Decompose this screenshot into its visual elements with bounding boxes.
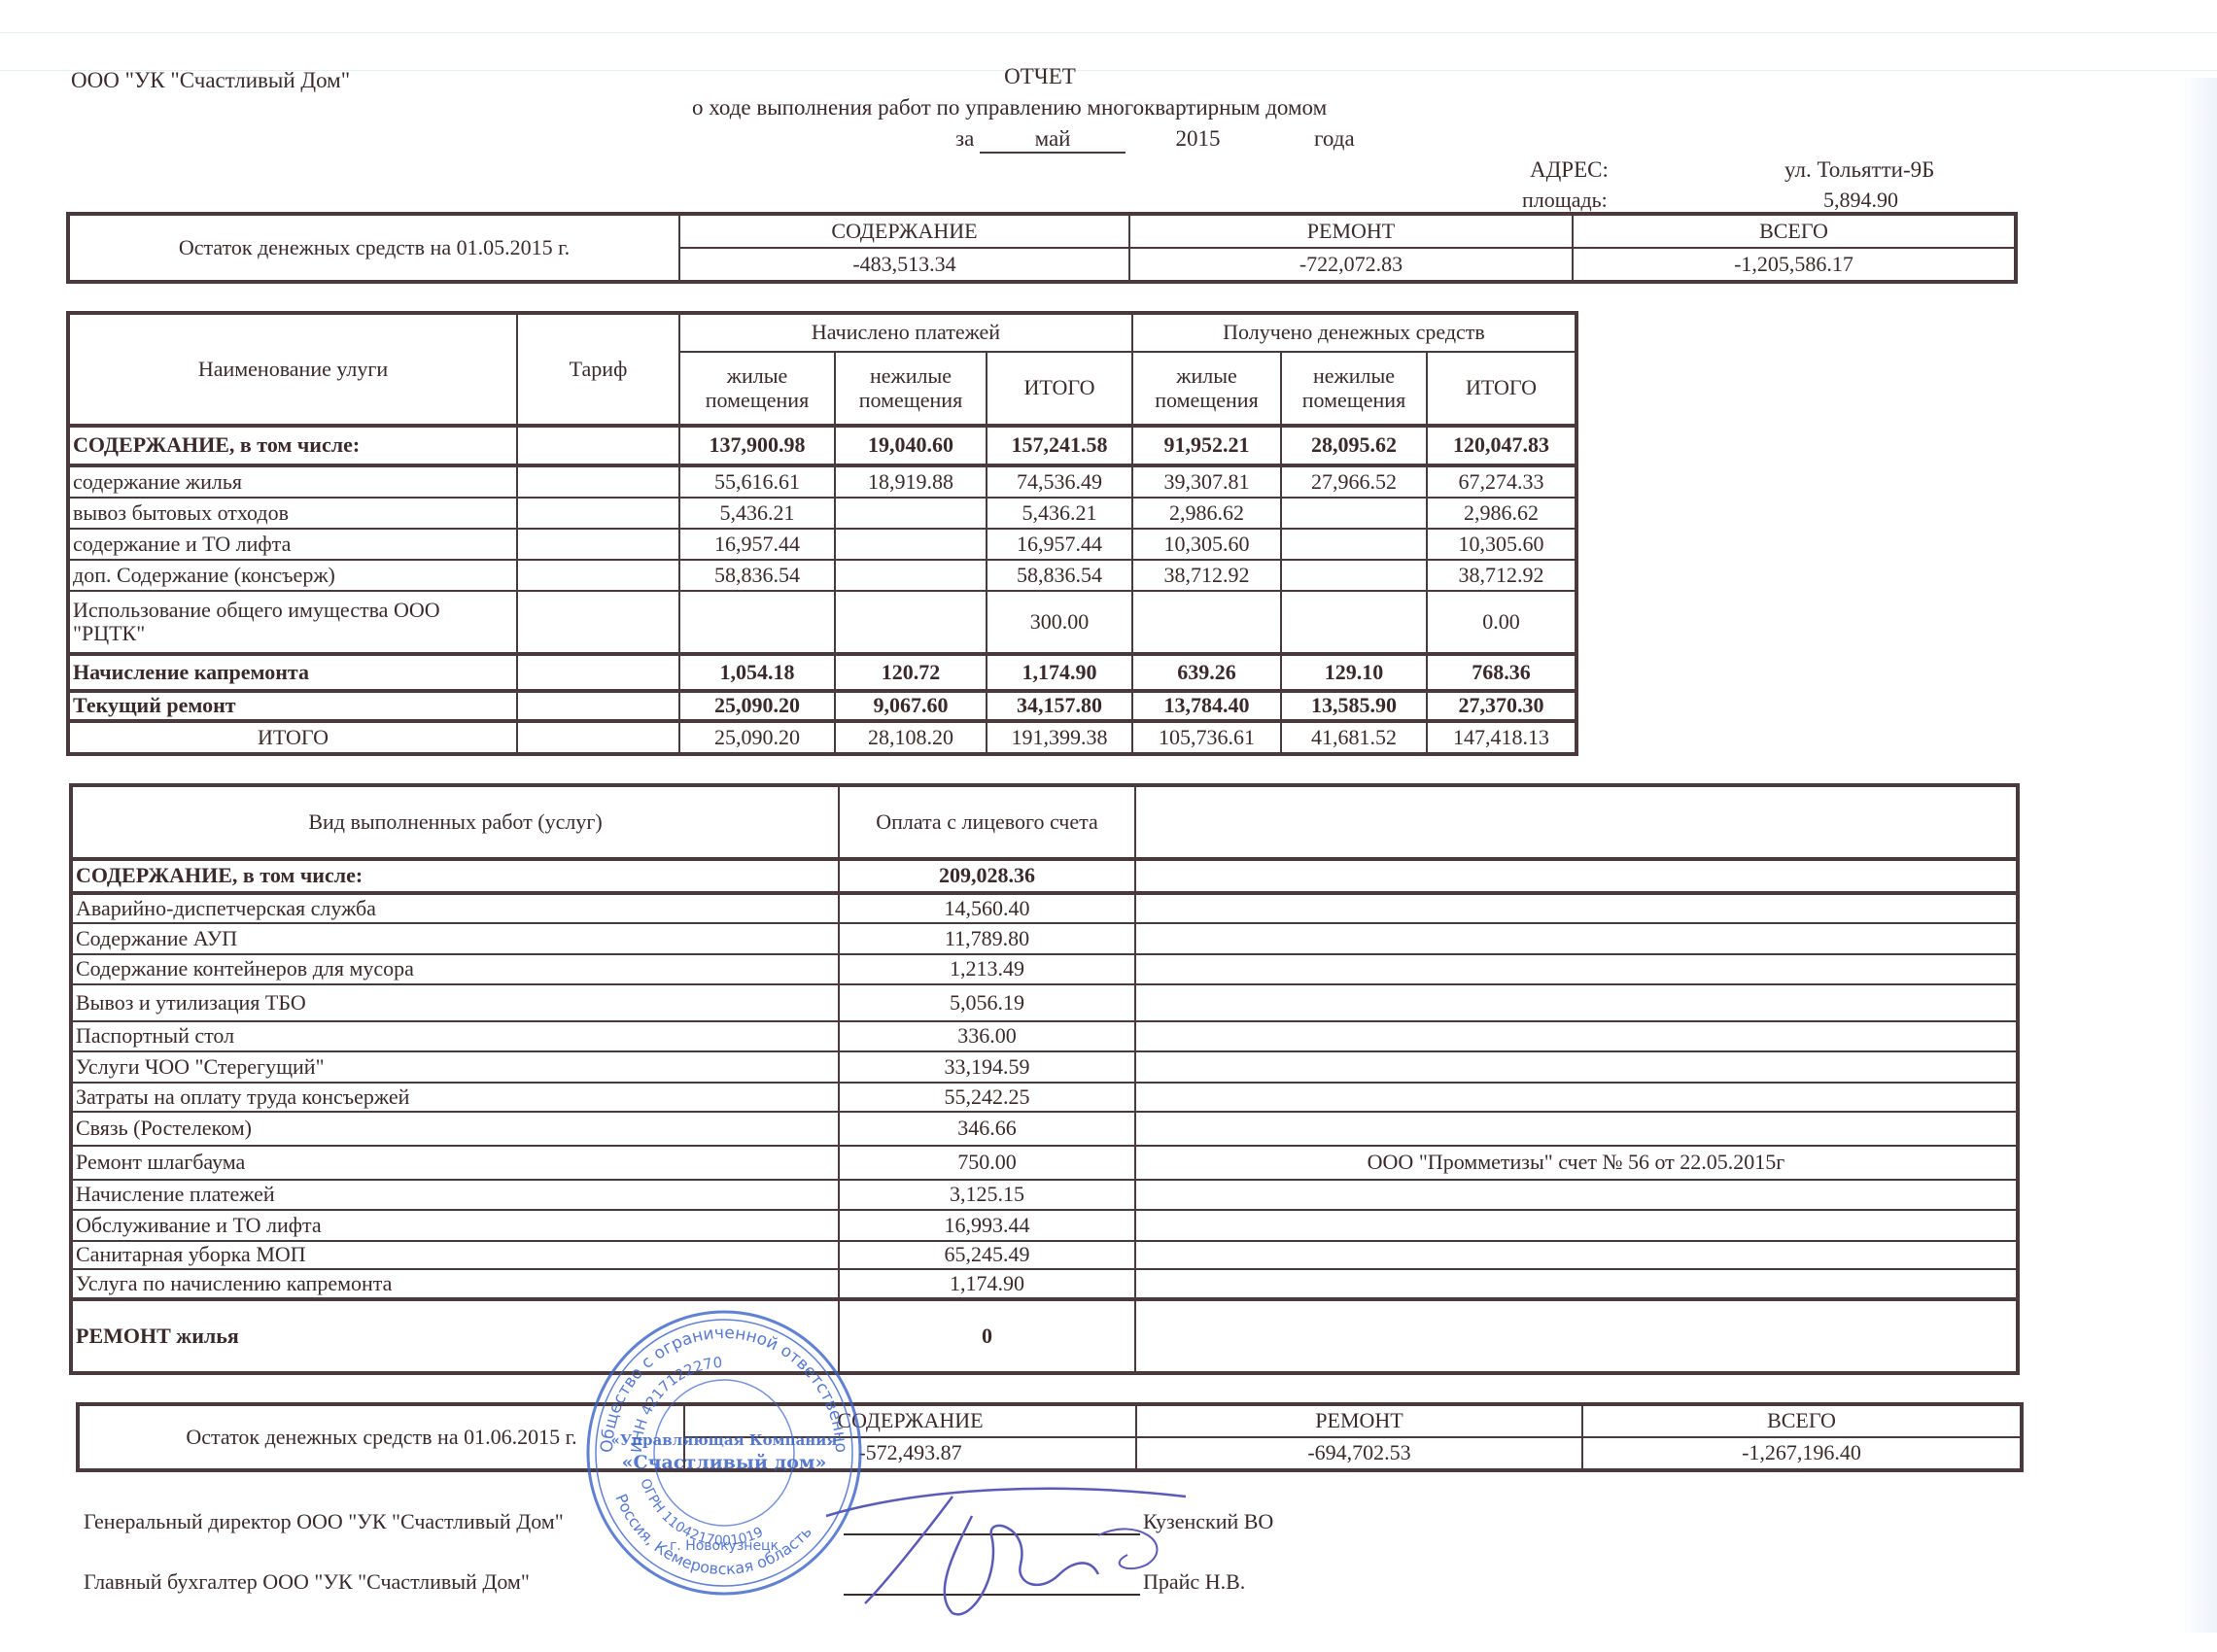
col-charged-total: ИТОГО — [987, 352, 1132, 426]
service-name: Использование общего имущества ООО "РЦТК… — [69, 591, 517, 654]
report-title: ОТЧЕТ — [933, 64, 1147, 89]
received-residential: 105,736.61 — [1132, 721, 1281, 753]
tariff — [517, 560, 679, 591]
charged-nonresidential — [835, 529, 987, 560]
payment-amount: 14,560.40 — [839, 893, 1135, 923]
work-note — [1135, 1112, 2017, 1146]
report-subtitle: о ходе выполнения работ по управлению мн… — [692, 95, 1327, 120]
payment-amount: 55,242.25 — [839, 1083, 1135, 1112]
opening-balance-table: Остаток денежных средств на 01.05.2015 г… — [68, 214, 2016, 282]
group-charged: Начислено платежей — [679, 314, 1132, 352]
received-nonresidential — [1281, 591, 1427, 654]
received-residential: 13,784.40 — [1132, 691, 1281, 721]
table-row: Использование общего имущества ООО "РЦТК… — [69, 591, 1576, 654]
closing-total-value: -1,267,196.40 — [1582, 1437, 2021, 1469]
service-name: содержание и ТО лифта — [69, 529, 517, 560]
charged-residential: 55,616.61 — [679, 465, 835, 498]
work-name: Паспортный стол — [72, 1021, 839, 1051]
charged-total: 300.00 — [987, 591, 1132, 654]
received-total: 38,712.92 — [1427, 560, 1576, 591]
svg-text:Россия, Кемеровская область: Россия, Кемеровская область — [611, 1491, 815, 1578]
charged-total: 1,174.90 — [987, 654, 1132, 691]
payment-amount: 750.00 — [839, 1146, 1135, 1180]
received-total: 67,274.33 — [1427, 465, 1576, 498]
service-name: вывоз бытовых отходов — [69, 498, 517, 529]
table-row: ИТОГО25,090.2028,108.20191,399.38105,736… — [69, 721, 1576, 753]
charged-residential: 58,836.54 — [679, 560, 835, 591]
period-month: май — [980, 126, 1126, 154]
tariff — [517, 721, 679, 753]
service-name: доп. Содержание (консъерж) — [69, 560, 517, 591]
payment-amount: 65,245.49 — [839, 1241, 1135, 1269]
tariff — [517, 426, 679, 465]
col-maintenance: СОДЕРЖАНИЕ — [679, 215, 1129, 248]
payment-amount: 33,194.59 — [839, 1051, 1135, 1083]
col-work-type: Вид выполненных работ (услуг) — [72, 786, 839, 859]
payment-amount: 1,213.49 — [839, 954, 1135, 984]
received-residential: 2,986.62 — [1132, 498, 1281, 529]
work-note — [1135, 859, 2017, 893]
received-nonresidential: 13,585.90 — [1281, 691, 1427, 721]
closing-repair-value: -694,702.53 — [1136, 1437, 1582, 1469]
charged-total: 16,957.44 — [987, 529, 1132, 560]
tariff — [517, 498, 679, 529]
col-charged-residential: жилые помещения — [679, 352, 835, 426]
work-name: Вывоз и утилизация ТБО — [72, 984, 839, 1021]
table-row: Паспортный стол336.00 — [72, 1021, 2017, 1051]
work-note — [1135, 1051, 2017, 1083]
table-row: Вывоз и утилизация ТБО5,056.19 — [72, 984, 2017, 1021]
received-total: 0.00 — [1427, 591, 1576, 654]
charged-residential: 137,900.98 — [679, 426, 835, 465]
received-total: 147,418.13 — [1427, 721, 1576, 753]
opening-maintenance-value: -483,513.34 — [679, 248, 1129, 281]
col-note — [1135, 786, 2017, 859]
col-repair: РЕМОНТ — [1136, 1405, 1582, 1437]
col-repair: РЕМОНТ — [1129, 215, 1573, 248]
period-year: 2015 — [1176, 126, 1221, 151]
charged-nonresidential: 28,108.20 — [835, 721, 987, 753]
closing-balance-label: Остаток денежных средств на 01.06.2015 г… — [79, 1405, 684, 1469]
tariff — [517, 465, 679, 498]
charged-total: 191,399.38 — [987, 721, 1132, 753]
received-total: 2,986.62 — [1427, 498, 1576, 529]
col-payment: Оплата с лицевого счета — [839, 786, 1135, 859]
work-note — [1135, 1299, 2017, 1372]
tariff — [517, 591, 679, 654]
group-received: Получено денежных средств — [1132, 314, 1576, 352]
work-name: Санитарная уборка МОП — [72, 1241, 839, 1269]
col-received-residential: жилые помещения — [1132, 352, 1281, 426]
received-residential: 91,952.21 — [1132, 426, 1281, 465]
charged-total: 58,836.54 — [987, 560, 1132, 591]
charged-total: 34,157.80 — [987, 691, 1132, 721]
col-received-nonresidential: нежилые помещения — [1281, 352, 1427, 426]
handwritten-signature — [807, 1477, 1215, 1633]
table-row: Связь (Ростелеком)346.66 — [72, 1112, 2017, 1146]
work-name: СОДЕРЖАНИЕ, в том числе: — [72, 859, 839, 893]
received-residential: 38,712.92 — [1132, 560, 1281, 591]
charged-total: 157,241.58 — [987, 426, 1132, 465]
address-value: ул. Тольятти-9Б — [1784, 157, 1934, 183]
table-row: Ремонт шлагбаума750.00ООО "Промметизы" с… — [72, 1146, 2017, 1180]
table-row: содержание жилья55,616.6118,919.8874,536… — [69, 465, 1576, 498]
scan-artifact — [0, 32, 2217, 33]
charged-residential — [679, 591, 835, 654]
closing-balance-table: Остаток денежных средств на 01.06.2015 г… — [78, 1404, 2022, 1470]
charged-nonresidential: 9,067.60 — [835, 691, 987, 721]
charged-nonresidential — [835, 591, 987, 654]
received-nonresidential: 28,095.62 — [1281, 426, 1427, 465]
period-prefix: за — [955, 126, 974, 151]
accountant-signature-line — [844, 1594, 1140, 1596]
work-name: Содержание АУП — [72, 923, 839, 954]
received-residential: 639.26 — [1132, 654, 1281, 691]
table-row: Услуги ЧОО "Стерегущий"33,194.59 — [72, 1051, 2017, 1083]
work-name: Связь (Ростелеком) — [72, 1112, 839, 1146]
work-name: РЕМОНТ жилья — [72, 1299, 839, 1372]
work-note — [1135, 1210, 2017, 1241]
charged-nonresidential — [835, 560, 987, 591]
director-position: Генеральный директор ООО "УК "Счастливый… — [84, 1509, 564, 1534]
received-nonresidential — [1281, 498, 1427, 529]
company-name: ООО "УК "Счастливый Дом" — [71, 68, 350, 93]
svg-text:г. Новокузнецк: г. Новокузнецк — [670, 1538, 779, 1554]
service-name: содержание жилья — [69, 465, 517, 498]
work-name: Обслуживание и ТО лифта — [72, 1210, 839, 1241]
work-note — [1135, 984, 2017, 1021]
col-service-name: Наименование улуги — [69, 314, 517, 426]
received-nonresidential — [1281, 529, 1427, 560]
payment-amount: 209,028.36 — [839, 859, 1135, 893]
payment-amount: 5,056.19 — [839, 984, 1135, 1021]
table-row: Санитарная уборка МОП65,245.49 — [72, 1241, 2017, 1269]
table-row: РЕМОНТ жилья0 — [72, 1299, 2017, 1372]
opening-balance-label: Остаток денежных средств на 01.05.2015 г… — [69, 215, 679, 281]
charged-nonresidential: 120.72 — [835, 654, 987, 691]
work-name: Затраты на оплату труда консъержей — [72, 1083, 839, 1112]
received-nonresidential: 27,966.52 — [1281, 465, 1427, 498]
tariff — [517, 691, 679, 721]
tariff — [517, 529, 679, 560]
works-table: Вид выполненных работ (услуг) Оплата с л… — [71, 785, 2018, 1373]
table-row: Услуга по начислению капремонта1,174.90 — [72, 1269, 2017, 1299]
area-label: площадь: — [1522, 188, 1608, 213]
received-nonresidential: 41,681.52 — [1281, 721, 1427, 753]
period-year-suffix: года — [1314, 126, 1355, 151]
table-row: Затраты на оплату труда консъержей55,242… — [72, 1083, 2017, 1112]
table-row: Обслуживание и ТО лифта16,993.44 — [72, 1210, 2017, 1241]
col-total: ВСЕГО — [1582, 1405, 2021, 1437]
charges-table: Наименование улуги Тариф Начислено плате… — [68, 313, 1576, 754]
col-maintenance: СОДЕРЖАНИЕ — [684, 1405, 1136, 1437]
work-note — [1135, 954, 2017, 984]
table-row: вывоз бытовых отходов5,436.215,436.212,9… — [69, 498, 1576, 529]
received-residential: 39,307.81 — [1132, 465, 1281, 498]
opening-total-value: -1,205,586.17 — [1573, 248, 2015, 281]
col-total: ВСЕГО — [1573, 215, 2015, 248]
tariff — [517, 654, 679, 691]
director-name: Кузенский ВО — [1143, 1509, 1273, 1534]
work-note — [1135, 1241, 2017, 1269]
table-row: Аварийно-диспетчерская служба14,560.40 — [72, 893, 2017, 923]
table-row: Текущий ремонт25,090.209,067.6034,157.80… — [69, 691, 1576, 721]
charged-residential: 1,054.18 — [679, 654, 835, 691]
payment-amount: 1,174.90 — [839, 1269, 1135, 1299]
table-row: Содержание контейнеров для мусора1,213.4… — [72, 954, 2017, 984]
received-total: 768.36 — [1427, 654, 1576, 691]
col-received-total: ИТОГО — [1427, 352, 1576, 426]
service-name: ИТОГО — [69, 721, 517, 753]
report-period: за май 2015 года — [955, 126, 1355, 154]
table-row: Начисление капремонта1,054.18120.721,174… — [69, 654, 1576, 691]
received-total: 10,305.60 — [1427, 529, 1576, 560]
work-note — [1135, 893, 2017, 923]
director-signature-line — [844, 1533, 1140, 1535]
payment-amount: 346.66 — [839, 1112, 1135, 1146]
received-nonresidential: 129.10 — [1281, 654, 1427, 691]
payment-amount: 16,993.44 — [839, 1210, 1135, 1241]
received-total: 120,047.83 — [1427, 426, 1576, 465]
closing-maintenance-value: -572,493.87 — [684, 1437, 1136, 1469]
payment-amount: 0 — [839, 1299, 1135, 1372]
service-name: Начисление капремонта — [69, 654, 517, 691]
work-note — [1135, 1021, 2017, 1051]
accountant-name: Прайс Н.В. — [1143, 1569, 1245, 1595]
work-name: Аварийно-диспетчерская служба — [72, 893, 839, 923]
svg-text:ОГРН 1104217001019: ОГРН 1104217001019 — [637, 1477, 766, 1549]
table-row: СОДЕРЖАНИЕ, в том числе:209,028.36 — [72, 859, 2017, 893]
received-total: 27,370.30 — [1427, 691, 1576, 721]
work-note — [1135, 1083, 2017, 1112]
received-nonresidential — [1281, 560, 1427, 591]
payment-amount: 336.00 — [839, 1021, 1135, 1051]
received-residential — [1132, 591, 1281, 654]
work-name: Содержание контейнеров для мусора — [72, 954, 839, 984]
scan-edge — [2177, 78, 2217, 1633]
area-value: 5,894.90 — [1823, 188, 1898, 213]
payment-amount: 11,789.80 — [839, 923, 1135, 954]
opening-repair-value: -722,072.83 — [1129, 248, 1573, 281]
charged-residential: 25,090.20 — [679, 721, 835, 753]
work-note — [1135, 1269, 2017, 1299]
table-row: доп. Содержание (консъерж)58,836.5458,83… — [69, 560, 1576, 591]
payment-amount: 3,125.15 — [839, 1180, 1135, 1210]
work-note: ООО "Промметизы" счет № 56 от 22.05.2015… — [1135, 1146, 2017, 1180]
charged-residential: 25,090.20 — [679, 691, 835, 721]
col-tariff: Тариф — [517, 314, 679, 426]
charged-total: 5,436.21 — [987, 498, 1132, 529]
service-name: Текущий ремонт — [69, 691, 517, 721]
col-charged-nonresidential: нежилые помещения — [835, 352, 987, 426]
work-name: Услуга по начислению капремонта — [72, 1269, 839, 1299]
table-row: содержание и ТО лифта16,957.4416,957.441… — [69, 529, 1576, 560]
service-name: СОДЕРЖАНИЕ, в том числе: — [69, 426, 517, 465]
charged-total: 74,536.49 — [987, 465, 1132, 498]
charged-nonresidential: 19,040.60 — [835, 426, 987, 465]
address-label: АДРЕС: — [1530, 157, 1609, 183]
charged-nonresidential: 18,919.88 — [835, 465, 987, 498]
charged-nonresidential — [835, 498, 987, 529]
table-row: Начисление платежей3,125.15 — [72, 1180, 2017, 1210]
table-row: Содержание АУП11,789.80 — [72, 923, 2017, 954]
work-name: Начисление платежей — [72, 1180, 839, 1210]
work-name: Ремонт шлагбаума — [72, 1146, 839, 1180]
work-note — [1135, 923, 2017, 954]
work-note — [1135, 1180, 2017, 1210]
accountant-position: Главный бухгалтер ООО "УК "Счастливый До… — [84, 1569, 530, 1595]
received-residential: 10,305.60 — [1132, 529, 1281, 560]
table-row: СОДЕРЖАНИЕ, в том числе:137,900.9819,040… — [69, 426, 1576, 465]
charged-residential: 16,957.44 — [679, 529, 835, 560]
work-name: Услуги ЧОО "Стерегущий" — [72, 1051, 839, 1083]
charged-residential: 5,436.21 — [679, 498, 835, 529]
